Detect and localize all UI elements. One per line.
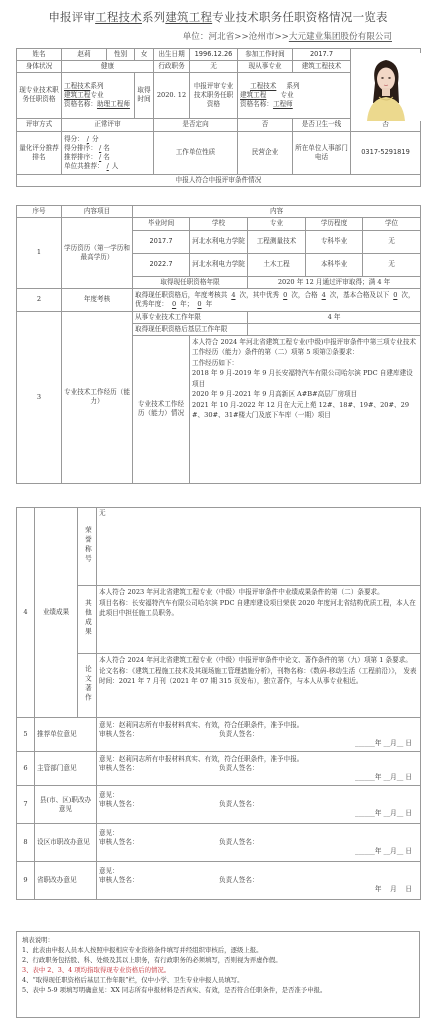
fill-instructions: 填表说明： 1、此表由申报人员本人按照申报相应专业资格条件填写并经组织审核后，逐… xyxy=(16,931,420,1018)
edu-major: 土木工程 xyxy=(248,253,306,276)
opinion-content: 意见： 审核人签名：负责人签名： ______年 __月__ 日 xyxy=(97,824,421,862)
portrait-image xyxy=(351,53,421,121)
opinion-label: 县(市、区)职改办意见 xyxy=(35,786,97,824)
assess-total: 4 xyxy=(227,291,239,299)
opinion-no: 5 xyxy=(17,718,35,752)
assess-text: 次，基本合格及以下 xyxy=(330,291,389,299)
current-name-label: 资格名称： xyxy=(64,100,97,108)
edu-header-0: 毕业时间 xyxy=(133,217,190,230)
tenure-label: 取得现任职资格年限 xyxy=(133,276,248,288)
leader-signature[interactable]: 负责人签名： xyxy=(219,730,259,738)
score-value: / xyxy=(84,135,92,143)
assess-year2: 0 xyxy=(193,300,205,308)
opinion-content: 意见：赵莉同志所有申报材料真实、有效，符合任职条件，准予申报。 审核人签名：负责… xyxy=(97,718,421,752)
note-item: 1、此表由申报人员本人按照申报相应专业资格条件填写并经组织审核后，逐级上报。 xyxy=(22,946,414,956)
birth-label: 出生日期 xyxy=(154,49,190,61)
note-item: 4、“取得现任职资格后基层工作年限”栏，仅中小学、卫生专业申报人员填写。 xyxy=(22,976,414,986)
directed-value: 否 xyxy=(238,118,293,131)
note-item: 2、行政职务包括股、科、处级及其以上职务，有行政职务的必须填写，否则视为弄虚作假… xyxy=(22,956,414,966)
unit-total-value: / xyxy=(104,162,112,170)
opinion-label: 设区市职改办意见 xyxy=(35,824,97,862)
apply-series: 工程技术 xyxy=(240,82,286,90)
experience-line: 2020 年 9 月-2021 年 9 月高新区 A#B#高层厂房项目 xyxy=(192,389,418,400)
opinion-row: 9 省职改办意见 意见： 审核人签名：负责人签名： 年 月 日 xyxy=(17,862,421,900)
years-value: 4 年 xyxy=(248,311,421,323)
assess-pass: 4 xyxy=(318,291,330,299)
paper-line: 论文名称：《建筑工程施工技术及其现场施工管理措施分析》，刊物名称：《数码-移动生… xyxy=(99,666,418,687)
opinion-label: 主管部门意见 xyxy=(35,752,97,786)
edu-level: 本科毕业 xyxy=(306,253,363,276)
work-start-label: 参加工作时间 xyxy=(238,49,293,61)
health-label: 身体状况 xyxy=(17,60,62,72)
paper-label-text: 论文著作 xyxy=(83,665,92,703)
notes-title: 填表说明： xyxy=(22,936,414,946)
opinion-text[interactable]: 意见： xyxy=(99,867,418,876)
current-name: 助理工程师 xyxy=(97,100,130,108)
experience-line: 本人符合 2024 年河北省建筑工程专业(中级)申报评审条件中第三项专业技术工作… xyxy=(192,337,418,358)
assess-text: 年； xyxy=(180,300,193,308)
opinion-text: 意见：赵莉同志所有申报材料真实、有效，符合任职条件，准予申报。 xyxy=(99,721,418,730)
unit-total-label: 单位共推荐： xyxy=(64,162,104,170)
opinion-row: 8 设区市职改办意见 意见： 审核人签名：负责人签名： ______年 __月_… xyxy=(17,824,421,862)
hr-phone-value: 0317-5291819 xyxy=(351,131,421,174)
title-specialty: 建筑工程 xyxy=(165,10,212,24)
assess-basic: 0 xyxy=(389,291,401,299)
assess-excellent: 0 xyxy=(279,291,291,299)
current-specialty: 建筑工程 xyxy=(64,91,90,99)
current-qual-label: 现专业技术职务任职资格 xyxy=(17,72,62,118)
conditions-table: 序号 内容项目 内容 1 学历资历（第一学历和最高学历） 毕业时间 学校 专业 … xyxy=(16,205,421,484)
recommend-rank-label: 推荐排序： xyxy=(64,153,97,161)
edu-header-1: 学校 xyxy=(190,217,248,230)
title-prefix: 申报评审 xyxy=(48,10,95,24)
honor-label-text: 荣誉称号 xyxy=(83,526,92,564)
apply-qual-label: 申报评审专业技术职务任职资格 xyxy=(190,72,238,118)
edu-school: 河北水利电力学院 xyxy=(190,230,248,253)
paper-label: 论文著作 xyxy=(78,654,97,718)
note-item: 5、表中 5-9 项填写明确意见：XX 同志所有申报材料是否真实、有效，是否符合… xyxy=(22,986,414,996)
other-label: 其他成果 xyxy=(78,586,97,654)
hr-phone-label: 所在单位人事部门电话 xyxy=(293,131,351,174)
obtain-time: 2020. 12 xyxy=(154,72,190,118)
opinion-content: 意见： 审核人签名：负责人签名： 年 月 日 xyxy=(97,862,421,900)
experience-detail: 本人符合 2024 年河北省建筑工程专业(中级)申报评审条件中第三项专业技术工作… xyxy=(190,335,421,483)
title-series-suffix: 系列 xyxy=(142,10,165,24)
apply-series-suffix: 系列 xyxy=(286,82,299,90)
experience-line: 2018 年 9 月-2019 年 9 月长安福特汽车有限公司哈尔滨 PDC 自… xyxy=(192,368,418,389)
unit-label: 单位： xyxy=(183,32,209,42)
other-label-text: 其他成果 xyxy=(83,599,92,637)
opinion-row: 7 县(市、区)职改办意见 意见： 审核人签名：负责人签名： ______年 _… xyxy=(17,786,421,824)
assess-text: 取得现任职资格后，年度考核共 xyxy=(135,291,227,299)
education-label: 学历资历（第一学历和最高学历） xyxy=(62,217,133,288)
edu-degree: 无 xyxy=(363,230,421,253)
health-value: 健康 xyxy=(62,60,154,72)
apply-name: 工程师 xyxy=(273,100,311,108)
col-content: 内容 xyxy=(133,206,421,218)
years-label: 从事专业技术工作年限 xyxy=(133,311,248,323)
apply-qual-value: 工程技术系列 建筑工程专业 资格名称：工程师 xyxy=(238,72,351,118)
current-series: 工程技术 xyxy=(64,82,90,90)
experience-line: 工作经历如下： xyxy=(192,358,418,369)
col-item: 内容项目 xyxy=(62,206,133,218)
assess-text: 年 xyxy=(206,300,213,308)
name-value: 赵莉 xyxy=(62,49,107,61)
edu-major: 工程测量技术 xyxy=(248,230,306,253)
education-no: 1 xyxy=(17,217,62,288)
leader-signature[interactable]: 负责人签名： xyxy=(219,764,259,772)
reviewer-signature[interactable]: 审核人签名： xyxy=(99,764,219,773)
leader-signature[interactable]: 负责人签名： xyxy=(219,876,259,884)
assessment-label: 年度考核 xyxy=(62,288,133,311)
assess-year1: 0 xyxy=(168,300,180,308)
honor-value: 无 xyxy=(97,508,421,586)
honor-label: 荣誉称号 xyxy=(78,508,97,586)
other-value: 本人符合 2023 年河北省建筑工程专业（中级）申报评审条件中业绩成果条件的第（… xyxy=(97,586,421,654)
other-line: 项目名称：长安福特汽车有限公司哈尔滨 PDC 自建库建设项目荣获 2020 年度… xyxy=(99,598,418,619)
reviewer-signature[interactable]: 审核人签名： xyxy=(99,730,219,739)
experience-line: 2021 年 10 月-2022 年 12 月在大元上苑 12#、18#、19#… xyxy=(192,400,418,421)
gender-value: 女 xyxy=(135,49,154,61)
assessment-content: 取得现任职资格后，年度考核共4次，其中优秀0次，合格4次，基本合格及以下0次，优… xyxy=(133,288,421,311)
current-series-suffix: 系列 xyxy=(90,82,103,90)
edu-grad-time: 2017.7 xyxy=(133,230,190,253)
opinion-text[interactable]: 意见： xyxy=(99,829,418,838)
tenure-value: 2020 年 12 月通过评审取得；满 4 年 xyxy=(248,276,421,288)
frontline-label: 是否卫生一线 xyxy=(293,118,351,131)
assess-text: 次，其中优秀 xyxy=(240,291,280,299)
current-major-value: 建筑工程技术 xyxy=(293,60,351,72)
conditions-title: 申报人符合申报评审条件情况 xyxy=(17,174,421,186)
opinion-row: 6 主管部门意见 意见：赵莉同志所有申报材料真实、有效，符合任职条件，准予申报。… xyxy=(17,752,421,786)
birth-value: 1996.12.26 xyxy=(190,49,238,61)
apply-name-label: 资格名称： xyxy=(240,100,273,108)
other-line: 本人符合 2023 年河北省建筑工程专业（中级）申报评审条件中业绩成果条件的第（… xyxy=(99,587,418,598)
info-table: 姓名 赵莉 性别 女 出生日期 1996.12.26 参加工作时间 2017.7 xyxy=(16,48,421,187)
assess-text: 次，合格 xyxy=(291,291,317,299)
edu-header-3: 学历程度 xyxy=(306,217,363,230)
score-label: 得分： xyxy=(64,135,84,143)
grassroots-label: 取得现任职资格后基层工作年限 xyxy=(133,323,248,335)
opinion-date[interactable]: ______年 __月__ 日 xyxy=(99,739,418,748)
experience-label: 专业技术工作经历（能力） xyxy=(62,311,133,483)
edu-grad-time: 2022.7 xyxy=(133,253,190,276)
reviewer-signature[interactable]: 审核人签名： xyxy=(99,876,219,885)
reviewer-signature[interactable]: 审核人签名： xyxy=(99,838,219,847)
experience-detail-label: 专业技术工作经历（能力）情况 xyxy=(133,335,190,483)
directed-label: 是否定向 xyxy=(154,118,238,131)
score-rank-label: 得分排序： xyxy=(64,144,97,152)
admin-label: 行政职务 xyxy=(154,60,190,72)
page-title: 申报评审工程技术系列建筑工程专业技术职务任职资格情况一览表 xyxy=(0,10,436,26)
obtain-label: 取得时间 xyxy=(135,72,154,118)
photo-cell xyxy=(351,49,421,119)
col-no: 序号 xyxy=(17,206,62,218)
opinion-no: 6 xyxy=(17,752,35,786)
method-value: 正常评审 xyxy=(62,118,154,131)
opinion-date[interactable]: ______年 __月__ 日 xyxy=(99,809,418,818)
opinion-date[interactable]: ______年 __月__ 日 xyxy=(99,847,418,856)
unit-path: 河北省>>沧州市>> xyxy=(208,32,288,42)
opinion-no: 8 xyxy=(17,824,35,862)
ranking-values: 得分：/分 得分排序：/名 推荐排序：/名 单位共推荐：/人 xyxy=(62,131,154,174)
unit-line: 单位：河北省>>沧州市>>大元建业集团股份有限公司 xyxy=(183,32,392,44)
paper-line: 本人符合 2024 年河北省建筑工程专业（中级）申报评审条件中论文、著作条件的第… xyxy=(99,655,418,666)
opinion-label: 推荐单位意见 xyxy=(35,718,97,752)
edu-school: 河北水利电力学院 xyxy=(190,253,248,276)
title-suffix: 专业技术职务任职资格情况一览表 xyxy=(212,10,388,24)
edu-header-4: 学位 xyxy=(363,217,421,230)
opinion-content: 意见： 审核人签名：负责人签名： ______年 __月__ 日 xyxy=(97,786,421,824)
apply-specialty-suffix: 专业 xyxy=(280,91,293,99)
unit-total-unit: 人 xyxy=(112,162,119,170)
gender-label: 性别 xyxy=(107,49,135,61)
opinion-no: 9 xyxy=(17,862,35,900)
achievements-no: 4 xyxy=(17,508,35,718)
grassroots-value xyxy=(248,323,421,335)
note-item-highlighted: 3、表中 2、3、4 项均指取得现专业资格后的情况。 xyxy=(22,966,414,976)
admin-value: 无 xyxy=(190,60,238,72)
opinion-content: 意见：赵莉同志所有申报材料真实、有效，符合任职条件，准予申报。 审核人签名：负责… xyxy=(97,752,421,786)
opinion-date[interactable]: ______年 __月__ 日 xyxy=(99,773,418,782)
edu-header-2: 专业 xyxy=(248,217,306,230)
unit-name: 大元建业集团股份有限公司 xyxy=(289,32,392,42)
title-series: 工程技术 xyxy=(95,10,142,24)
opinion-date[interactable]: 年 月 日 xyxy=(99,885,418,894)
ranking-label: 量化评分推荐排名 xyxy=(17,131,62,174)
achievements-label: 业绩成果 xyxy=(35,508,78,718)
edu-level: 专科毕业 xyxy=(306,230,363,253)
org-type-label: 工作单位性质 xyxy=(154,131,238,174)
name-label: 姓名 xyxy=(17,49,62,61)
apply-specialty: 建筑工程 xyxy=(240,91,280,99)
opinion-text[interactable]: 意见： xyxy=(99,791,418,800)
score-rank-unit: 名 xyxy=(103,144,110,152)
leader-signature[interactable]: 负责人签名： xyxy=(219,800,259,808)
org-type-value: 民营企业 xyxy=(238,131,293,174)
applicant-photo xyxy=(351,53,420,113)
work-start-value: 2017.7 xyxy=(293,49,351,61)
edu-degree: 无 xyxy=(363,253,421,276)
opinion-label: 省职改办意见 xyxy=(35,862,97,900)
current-major-label: 现从事专业 xyxy=(238,60,293,72)
leader-signature[interactable]: 负责人签名： xyxy=(219,838,259,846)
achievements-opinions-table: 4 业绩成果 荣誉称号 无 其他成果 本人符合 2023 年河北省建筑工程专业（… xyxy=(16,507,421,900)
score-unit: 分 xyxy=(92,135,99,143)
recommend-rank-unit: 名 xyxy=(103,153,110,161)
opinion-no: 7 xyxy=(17,786,35,824)
opinion-row: 5 推荐单位意见 意见：赵莉同志所有申报材料真实、有效，符合任职条件，准予申报。… xyxy=(17,718,421,752)
current-qual-value: 工程技术系列 建筑工程专业 资格名称：助理工程师 xyxy=(62,72,135,118)
assessment-no: 2 xyxy=(17,288,62,311)
reviewer-signature[interactable]: 审核人签名： xyxy=(99,800,219,809)
current-specialty-suffix: 专业 xyxy=(90,91,103,99)
paper-value: 本人符合 2024 年河北省建筑工程专业（中级）申报评审条件中论文、著作条件的第… xyxy=(97,654,421,718)
opinion-text: 意见：赵莉同志所有申报材料真实、有效，符合任职条件，准予申报。 xyxy=(99,755,418,764)
method-label: 评审方式 xyxy=(17,118,62,131)
experience-no: 3 xyxy=(17,311,62,483)
